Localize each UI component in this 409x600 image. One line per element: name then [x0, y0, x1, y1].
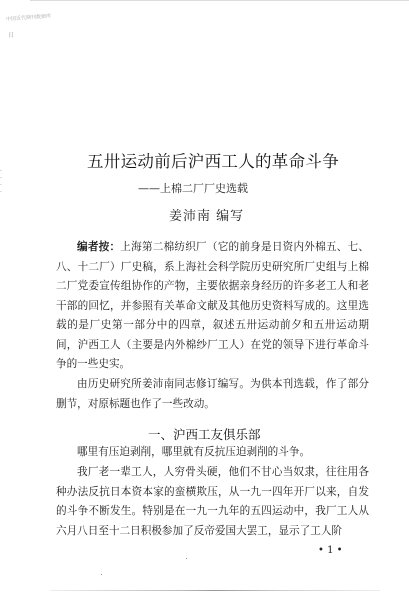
page-number: • 1 • [318, 545, 343, 556]
article-title: 五卅运动前后沪西工人的革命斗争 [87, 148, 337, 172]
article-author: 姜沛南 编写 [169, 205, 244, 224]
body-paragraph: 哪里有压迫剥削，哪里就有反抗压迫剥削的斗争。 [56, 443, 369, 463]
scan-bottom-edge [50, 590, 380, 591]
scan-speck [101, 574, 102, 575]
scan-corner-mark: 日 [8, 30, 14, 39]
editor-note-label: 编者按： [77, 241, 120, 253]
editor-note-text: 上海第二棉纺织厂（它的前身是日资内外棉五、七、八、十二厂）厂史稿，系上海社会科学… [56, 241, 369, 370]
article-subtitle: ——上棉二厂厂史选载 [138, 180, 248, 196]
revision-note: 由历史研究所姜沛南同志修订编写。为供本刊选载，作了部分删节，对原标题也作了一些改… [56, 375, 369, 414]
editor-note: 编者按：上海第二棉纺织厂（它的前身是日资内外棉五、七、八、十二厂）厂史稿，系上海… [56, 238, 369, 375]
margin-marks: ···· [0, 168, 6, 196]
section-heading: 一、沪西工友俱乐部 [148, 425, 261, 443]
scan-speck [186, 558, 187, 559]
scan-watermark: 中国近代期刊数据库 [6, 12, 51, 22]
body-paragraph: 我厂老一辈工人，人穷骨头硬，他们不甘心当奴隶，往往用各种办法反抗日本资本家的蛮横… [56, 463, 369, 541]
scan-top-edge [30, 0, 409, 1]
